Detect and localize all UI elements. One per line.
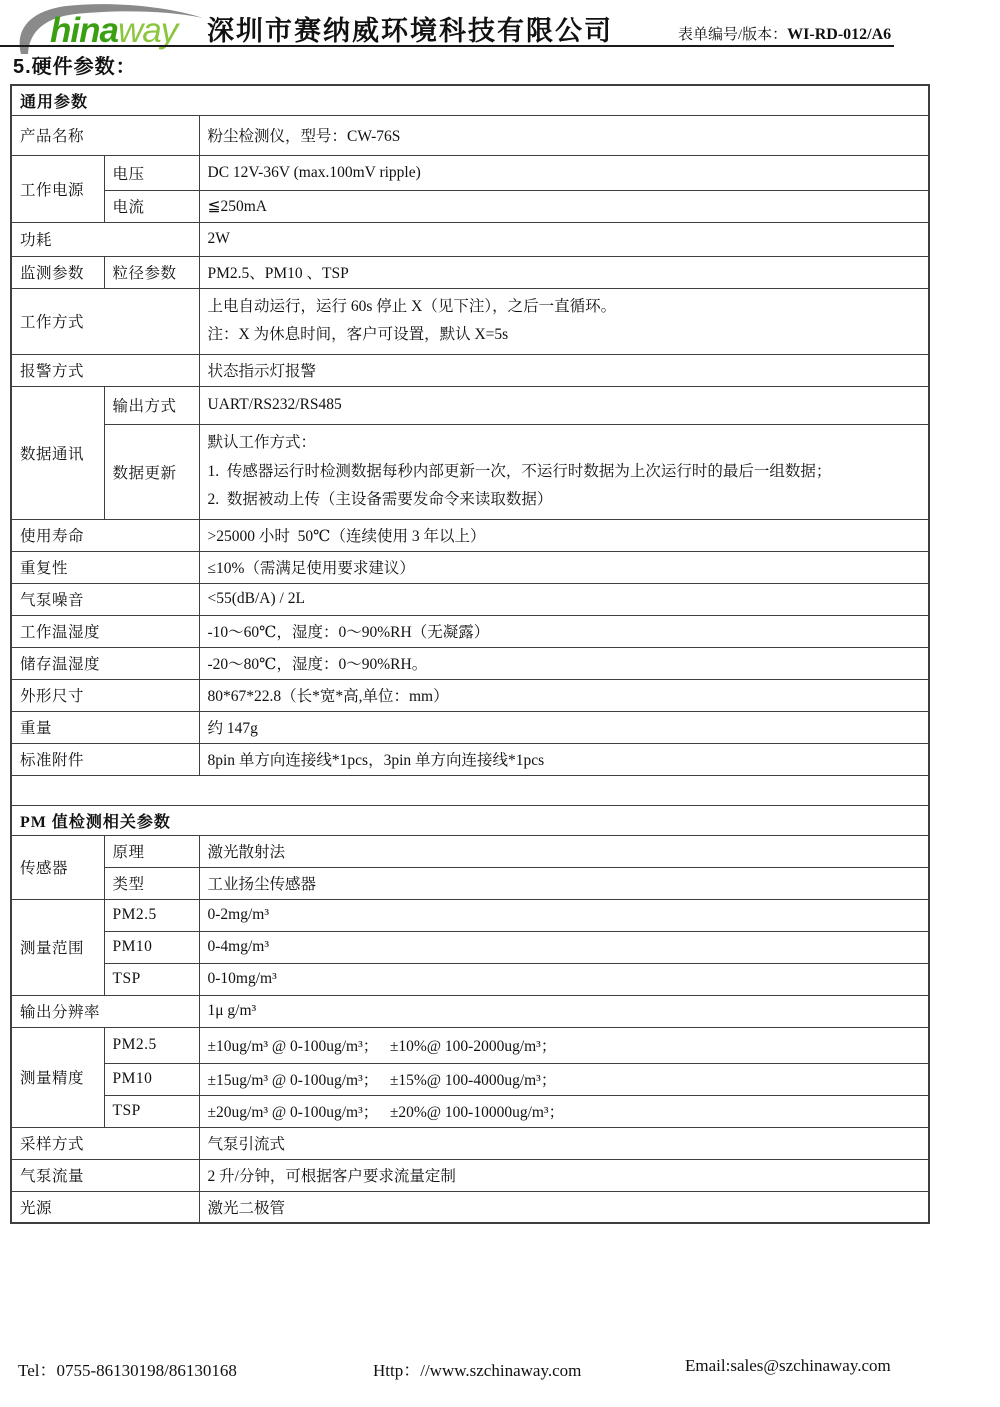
param-value: ≦250mA	[199, 190, 929, 222]
page-footer: Tel：0755-86130198/86130168 Http：//www.sz…	[0, 1356, 1000, 1380]
table-row: 外形尺寸80*67*22.8（长*宽*高,单位：mm）	[11, 679, 929, 711]
param-sub-label: 电压	[104, 155, 199, 190]
param-value: 激光二极管	[199, 1191, 929, 1223]
param-value: 0-10mg/m³	[199, 963, 929, 995]
table-row: 数据更新默认工作方式： 1. 传感器运行时检测数据每秒内部更新一次，不运行时数据…	[11, 424, 929, 519]
param-label: 储存温湿度	[11, 647, 199, 679]
param-sub-label: PM10	[104, 1063, 199, 1095]
header-divider	[0, 45, 894, 47]
param-sub-label: 输出方式	[104, 386, 199, 424]
spacer-row	[11, 775, 929, 805]
param-value: 默认工作方式： 1. 传感器运行时检测数据每秒内部更新一次，不运行时数据为上次运…	[199, 424, 929, 519]
param-sub-label: 粒径参数	[104, 256, 199, 288]
param-value: 0-4mg/m³	[199, 931, 929, 963]
param-value: 2W	[199, 222, 929, 256]
hardware-parameters-table: 通用参数产品名称粉尘检测仪，型号：CW-76S工作电源电压DC 12V-36V …	[10, 84, 930, 1224]
company-name: 深圳市赛纳威环境科技有限公司	[207, 9, 613, 48]
param-label: 测量精度	[11, 1027, 104, 1127]
param-value: ±15ug/m³ @ 0-100ug/m³； ±15%@ 100-4000ug/…	[199, 1063, 929, 1095]
section-title: PM 值检测相关参数	[11, 805, 929, 835]
param-sub-label: PM10	[104, 931, 199, 963]
table-row: 重量约 147g	[11, 711, 929, 743]
table-row: 测量精度PM2.5±10ug/m³ @ 0-100ug/m³； ±10%@ 10…	[11, 1027, 929, 1063]
param-value: 约 147g	[199, 711, 929, 743]
table-row: 使用寿命>25000 小时 50℃（连续使用 3 年以上）	[11, 519, 929, 551]
param-label: 气泵噪音	[11, 583, 199, 615]
table-row: 监测参数粒径参数PM2.5、PM10 、TSP	[11, 256, 929, 288]
section-title: 通用参数	[11, 85, 929, 115]
param-value: 0-2mg/m³	[199, 899, 929, 931]
param-value: 8pin 单方向连接线*1pcs，3pin 单方向连接线*1pcs	[199, 743, 929, 775]
table-row: 光源激光二极管	[11, 1191, 929, 1223]
param-value: 上电自动运行，运行 60s 停止 X（见下注），之后一直循环。 注：X 为休息时…	[199, 288, 929, 354]
param-sub-label: PM2.5	[104, 899, 199, 931]
table-row: 传感器原理激光散射法	[11, 835, 929, 867]
param-label: 重复性	[11, 551, 199, 583]
param-label: 报警方式	[11, 354, 199, 386]
param-label: 输出分辨率	[11, 995, 199, 1027]
footer-telephone: Tel：0755-86130198/86130168	[18, 1356, 237, 1381]
param-value: >25000 小时 50℃（连续使用 3 年以上）	[199, 519, 929, 551]
footer-website: Http：//www.szchinaway.com	[373, 1356, 581, 1381]
param-label: 数据通讯	[11, 386, 104, 519]
param-label: 使用寿命	[11, 519, 199, 551]
param-value: 80*67*22.8（长*宽*高,单位：mm）	[199, 679, 929, 711]
param-sub-label: TSP	[104, 963, 199, 995]
table-row: 输出分辨率1μ g/m³	[11, 995, 929, 1027]
param-label: 工作方式	[11, 288, 199, 354]
table-row: 功耗2W	[11, 222, 929, 256]
param-value: 2 升/分钟，可根据客户要求流量定制	[199, 1159, 929, 1191]
param-label: 传感器	[11, 835, 104, 899]
param-value: 粉尘检测仪，型号：CW-76S	[199, 115, 929, 155]
spacer-cell	[11, 775, 929, 805]
param-label: 监测参数	[11, 256, 104, 288]
form-number: 表单编号/版本：WI-RD-012/A6	[678, 23, 891, 44]
param-label: 采样方式	[11, 1127, 199, 1159]
table-row: 工作电源电压DC 12V-36V (max.100mV ripple)	[11, 155, 929, 190]
param-value: -20～80℃，湿度：0～90%RH。	[199, 647, 929, 679]
table-row: 气泵噪音<55(dB/A) / 2L	[11, 583, 929, 615]
param-value: -10～60℃，湿度：0～90%RH（无凝露）	[199, 615, 929, 647]
table-row: 测量范围PM2.50-2mg/m³	[11, 899, 929, 931]
param-sub-label: TSP	[104, 1095, 199, 1127]
param-label: 工作温湿度	[11, 615, 199, 647]
table-row: PM10±15ug/m³ @ 0-100ug/m³； ±15%@ 100-400…	[11, 1063, 929, 1095]
form-number-label: 表单编号/版本：	[678, 27, 787, 43]
table-row: TSP±20ug/m³ @ 0-100ug/m³； ±20%@ 100-1000…	[11, 1095, 929, 1127]
table-row: PM100-4mg/m³	[11, 931, 929, 963]
table-row: TSP0-10mg/m³	[11, 963, 929, 995]
form-number-value: WI-RD-012/A6	[787, 26, 891, 43]
param-sub-label: PM2.5	[104, 1027, 199, 1063]
param-value: <55(dB/A) / 2L	[199, 583, 929, 615]
param-label: 产品名称	[11, 115, 199, 155]
param-sub-label: 电流	[104, 190, 199, 222]
table-row: 电流≦250mA	[11, 190, 929, 222]
section-header-row: 通用参数	[11, 85, 929, 115]
param-value: 状态指示灯报警	[199, 354, 929, 386]
section-header-row: PM 值检测相关参数	[11, 805, 929, 835]
param-value: 工业扬尘传感器	[199, 867, 929, 899]
param-value: UART/RS232/RS485	[199, 386, 929, 424]
param-value: ≤10%（需满足使用要求建议）	[199, 551, 929, 583]
param-label: 光源	[11, 1191, 199, 1223]
table-row: 工作方式上电自动运行，运行 60s 停止 X（见下注），之后一直循环。 注：X …	[11, 288, 929, 354]
table-row: 标准附件8pin 单方向连接线*1pcs，3pin 单方向连接线*1pcs	[11, 743, 929, 775]
param-label: 气泵流量	[11, 1159, 199, 1191]
param-label: 功耗	[11, 222, 199, 256]
param-value: 气泵引流式	[199, 1127, 929, 1159]
param-label: 标准附件	[11, 743, 199, 775]
table-row: 类型工业扬尘传感器	[11, 867, 929, 899]
param-label: 外形尺寸	[11, 679, 199, 711]
page-title: 5.硬件参数：	[13, 50, 137, 79]
footer-email: Email:sales@szchinaway.com	[685, 1356, 891, 1376]
param-sub-label: 类型	[104, 867, 199, 899]
param-value: ±10ug/m³ @ 0-100ug/m³； ±10%@ 100-2000ug/…	[199, 1027, 929, 1063]
param-value: 激光散射法	[199, 835, 929, 867]
param-label: 工作电源	[11, 155, 104, 222]
table-row: 产品名称粉尘检测仪，型号：CW-76S	[11, 115, 929, 155]
table-row: 工作温湿度-10～60℃，湿度：0～90%RH（无凝露）	[11, 615, 929, 647]
param-value: 1μ g/m³	[199, 995, 929, 1027]
table-row: 报警方式状态指示灯报警	[11, 354, 929, 386]
param-value: ±20ug/m³ @ 0-100ug/m³； ±20%@ 100-10000ug…	[199, 1095, 929, 1127]
table-row: 重复性≤10%（需满足使用要求建议）	[11, 551, 929, 583]
param-label: 重量	[11, 711, 199, 743]
table-row: 气泵流量2 升/分钟，可根据客户要求流量定制	[11, 1159, 929, 1191]
table-row: 数据通讯输出方式UART/RS232/RS485	[11, 386, 929, 424]
table-row: 储存温湿度-20～80℃，湿度：0～90%RH。	[11, 647, 929, 679]
param-sub-label: 数据更新	[104, 424, 199, 519]
table-row: 采样方式气泵引流式	[11, 1127, 929, 1159]
param-sub-label: 原理	[104, 835, 199, 867]
param-value: PM2.5、PM10 、TSP	[199, 256, 929, 288]
param-value: DC 12V-36V (max.100mV ripple)	[199, 155, 929, 190]
chinaway-logo: hinaway	[14, 3, 209, 55]
param-label: 测量范围	[11, 899, 104, 995]
